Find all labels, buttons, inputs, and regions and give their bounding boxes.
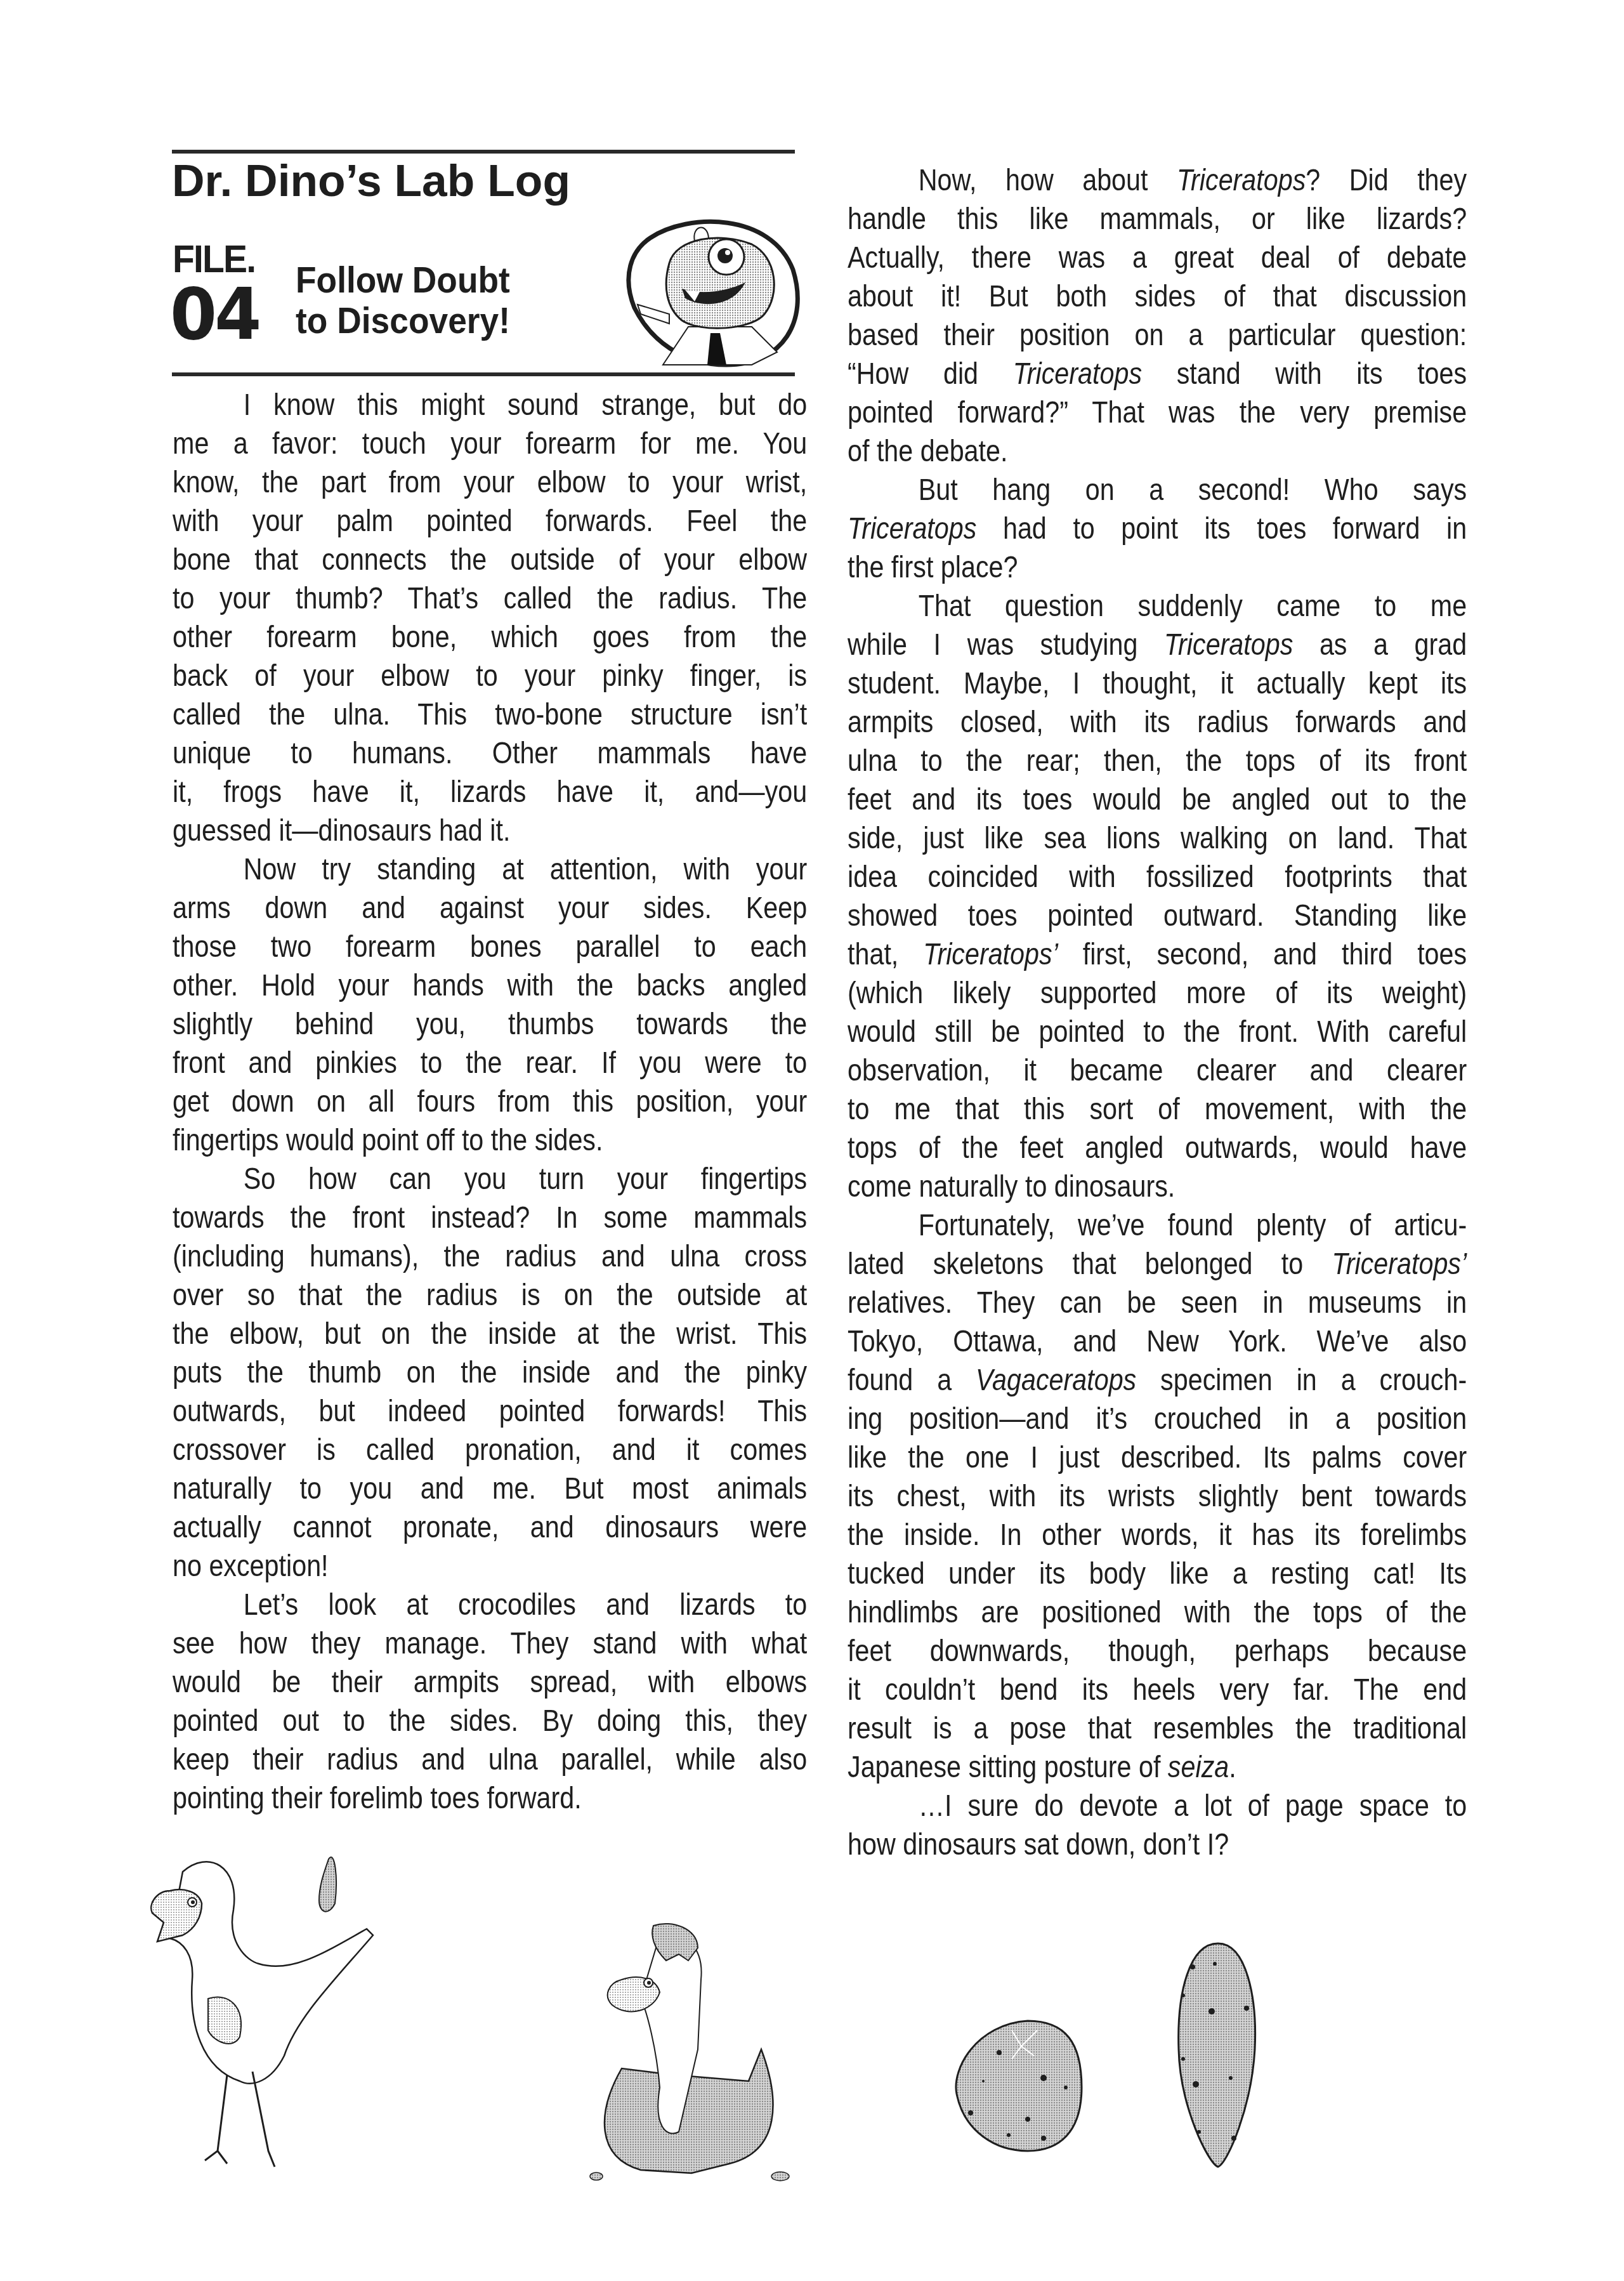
text-line: So how can you turn your fingertips [173,1160,807,1199]
text-line: the elbow, but on the inside at the wris… [173,1315,807,1353]
text-line: That question suddenly came to me [848,587,1467,626]
text-line: side, just like sea lions walking on lan… [848,819,1467,858]
text-segment: Now, how about [919,164,1177,197]
text-line: no exception! [173,1547,807,1586]
text-segment: …I sure do devote a lot of page space to [919,1789,1467,1823]
subtitle-line-1: Follow Doubt [296,260,510,301]
text-line: “How did Triceratops stand with its toes [848,355,1467,393]
italic-term: Triceratops [1013,357,1142,391]
text-line: guessed it—dinosaurs had it. [173,812,807,850]
italic-term: Triceratops’ [1332,1247,1467,1281]
text-line: to your thumb? That’s called the radius.… [173,579,807,618]
text-line: pointing their forelimb toes forward. [173,1779,807,1818]
hatching-dinosaur-egg-icon [571,1923,825,2189]
text-segment: Japanese sitting posture of [848,1751,1168,1784]
text-line: feet downwards, though, perhaps because [848,1632,1467,1671]
text-line: while I was studying Triceratops as a gr… [848,626,1467,664]
text-segment: would still be pointed to the front. Wit… [848,1015,1467,1049]
text-line: its chest, with its wrists slightly bent… [848,1477,1467,1516]
text-line: But hang on a second! Who says [848,471,1467,509]
text-segment: handle this like mammals, or like lizard… [848,202,1467,236]
header-top-rule [172,150,795,154]
text-line: Tokyo, Ottawa, and New York. We’ve also [848,1322,1467,1361]
text-segment: “How did [848,357,1013,391]
text-line: (including humans), the radius and ulna … [173,1237,807,1276]
italic-term: Triceratops [848,512,976,546]
text-line: those two forearm bones parallel to each [173,928,807,966]
text-line: other forearm bone, which goes from the [173,618,807,657]
text-segment: first, second, and third toes [1058,938,1467,971]
text-segment: had to point its toes forward in [976,512,1467,546]
text-segment: the first place? [848,551,1018,584]
text-line: the inside. In other words, it has its f… [848,1516,1467,1555]
text-line: found a Vagaceratops specimen in a crouc… [848,1361,1467,1400]
italic-term: Triceratops [1164,628,1293,662]
italic-term: Vagaceratops [976,1364,1136,1397]
text-line: slightly behind you, thumbs towards the [173,1005,807,1044]
text-line: with your palm pointed forwards. Feel th… [173,502,807,541]
text-segment: feet downwards, though, perhaps because [848,1634,1467,1668]
text-line: called the ulna. This two-bone structure… [173,695,807,734]
text-line: outwards, but indeed pointed forwards! T… [173,1392,807,1431]
text-line: ing position—and it’s crouched in a posi… [848,1400,1467,1438]
text-line: unique to humans. Other mammals have [173,734,807,773]
left-text-column: I know this might sound strange, but dom… [173,386,807,1818]
text-segment: result is a pose that resembles the trad… [848,1712,1467,1745]
text-line: tops of the feet angled outwards, would … [848,1129,1467,1167]
text-line: tucked under its body like a resting cat… [848,1555,1467,1593]
text-line: (which likely supported more of its weig… [848,974,1467,1013]
text-line: feet and its toes would be angled out to… [848,780,1467,819]
text-line: to me that this sort of movement, with t… [848,1090,1467,1129]
text-segment: feet and its toes would be angled out to… [848,783,1467,817]
text-line: towards the front instead? In some mamma… [173,1199,807,1237]
text-line: Let’s look at crocodiles and lizards to [173,1586,807,1624]
text-segment: lated skeletons that belonged to [848,1247,1332,1281]
page-title: Dr. Dino’s Lab Log [172,159,570,203]
text-line: observation, it became clearer and clear… [848,1051,1467,1090]
text-line: over so that the radius is on the outsid… [173,1276,807,1315]
text-segment: Fortunately, we’ve found plenty of artic… [919,1209,1467,1242]
text-line: that, Triceratops’ first, second, and th… [848,935,1467,974]
text-line: me a favor: touch your forearm for me. Y… [173,424,807,463]
subtitle-line-2: to Discovery! [296,301,510,341]
text-segment: found a [848,1364,976,1397]
text-line: of the debate. [848,432,1467,471]
text-segment: come naturally to dinosaurs. [848,1170,1175,1204]
text-segment: of the debate. [848,435,1007,468]
text-segment: Tokyo, Ottawa, and New York. We’ve also [848,1325,1467,1358]
text-segment: armpits closed, with its radius forwards… [848,706,1467,739]
text-line: I know this might sound strange, but do [173,386,807,424]
text-line: Fortunately, we’ve found plenty of artic… [848,1206,1467,1245]
text-segment: But hang on a second! Who says [919,473,1467,507]
text-segment: relatives. They can be seen in museums i… [848,1286,1467,1320]
text-line: puts the thumb on the inside and the pin… [173,1353,807,1392]
text-line: know, the part from your elbow to your w… [173,463,807,502]
text-segment: idea coincided with fossilized footprint… [848,860,1467,894]
text-line: pointed forward?” That was the very prem… [848,393,1467,432]
text-line: armpits closed, with its radius forwards… [848,703,1467,742]
text-segment: That question suddenly came to me [919,589,1467,623]
text-line: about it! But both sides of that discuss… [848,277,1467,316]
header-bottom-rule [172,372,795,376]
text-line: student. Maybe, I thought, it actually k… [848,664,1467,703]
text-segment: specimen in a crouch- [1136,1364,1467,1397]
chapter-subtitle: Follow Doubt to Discovery! [296,260,510,341]
text-line: based their position on a particular que… [848,316,1467,355]
text-line: back of your elbow to your pinky finger,… [173,657,807,695]
text-line: it couldn’t bend its heels very far. The… [848,1671,1467,1709]
text-segment: ? Did they [1306,164,1467,197]
text-segment: (which likely supported more of its weig… [848,976,1467,1010]
text-line: showed toes pointed outward. Standing li… [848,897,1467,935]
text-segment: like the one I just described. Its palms… [848,1441,1467,1475]
text-line: other. Hold your hands with the backs an… [173,966,807,1005]
text-line: idea coincided with fossilized footprint… [848,858,1467,897]
text-line: pointed out to the sides. By doing this,… [173,1702,807,1740]
text-segment: side, just like sea lions walking on lan… [848,822,1467,855]
text-segment: tucked under its body like a resting cat… [848,1557,1467,1591]
text-line: front and pinkies to the rear. If you we… [173,1044,807,1082]
text-line: Now, how about Triceratops? Did they [848,161,1467,200]
text-line: naturally to you and me. But most animal… [173,1469,807,1508]
elongated-egg-icon [1177,1942,1259,2170]
text-segment: it couldn’t bend its heels very far. The… [848,1673,1467,1707]
text-line: keep their radius and ulna parallel, whi… [173,1740,807,1779]
text-line: lated skeletons that belonged to Tricera… [848,1245,1467,1284]
feathered-dinosaur-icon [145,1853,525,2183]
text-segment: to me that this sort of movement, with t… [848,1093,1467,1126]
text-line: the first place? [848,548,1467,587]
text-line: hindlimbs are positioned with the tops o… [848,1593,1467,1632]
text-segment: . [1229,1751,1236,1784]
dino-scientist-portrait-icon [625,213,806,368]
text-line: get down on all fours from this position… [173,1082,807,1121]
text-segment: that, [848,938,923,971]
text-segment: the inside. In other words, it has its f… [848,1518,1467,1552]
text-line: it, frogs have it, lizards have it, and—… [173,773,807,812]
text-line: come naturally to dinosaurs. [848,1167,1467,1206]
text-line: arms down and against your sides. Keep [173,889,807,928]
round-egg-icon [952,2018,1091,2157]
right-text-column: Now, how about Triceratops? Did theyhand… [848,161,1467,1864]
text-segment: observation, it became clearer and clear… [848,1054,1467,1088]
text-segment: while I was studying [848,628,1164,662]
text-segment: showed toes pointed outward. Standing li… [848,899,1467,933]
text-segment: pointed forward?” That was the very prem… [848,396,1467,430]
text-segment: ing position—and it’s crouched in a posi… [848,1402,1467,1436]
text-line: would be their armpits spread, with elbo… [173,1663,807,1702]
italic-term: seiza [1168,1751,1229,1784]
text-segment: about it! But both sides of that discuss… [848,280,1467,313]
text-line: Triceratops had to point its toes forwar… [848,509,1467,548]
text-line: relatives. They can be seen in museums i… [848,1284,1467,1322]
text-line: result is a pose that resembles the trad… [848,1709,1467,1748]
text-line: ulna to the rear; then, the tops of its … [848,742,1467,780]
text-segment: hindlimbs are positioned with the tops o… [848,1596,1467,1629]
text-line: actually cannot pronate, and dinosaurs w… [173,1508,807,1547]
file-number: 04 [170,279,259,350]
text-segment: based their position on a particular que… [848,319,1467,352]
text-segment: its chest, with its wrists slightly bent… [848,1480,1467,1513]
text-line: Japanese sitting posture of seiza. [848,1748,1467,1787]
text-segment: tops of the feet angled outwards, would … [848,1131,1467,1165]
text-line: fingertips would point off to the sides. [173,1121,807,1160]
book-page: Dr. Dino’s Lab Log FILE. 04 Follow Doubt… [0,0,1624,2281]
text-line: Actually, there was a great deal of deba… [848,239,1467,277]
text-line: …I sure do devote a lot of page space to [848,1787,1467,1825]
italic-term: Triceratops’ [923,938,1058,971]
text-line: how dinosaurs sat down, don’t I? [848,1825,1467,1864]
text-line: handle this like mammals, or like lizard… [848,200,1467,239]
text-line: crossover is called pronation, and it co… [173,1431,807,1469]
text-segment: stand with its toes [1142,357,1467,391]
text-segment: as a grad [1293,628,1467,662]
text-line: bone that connects the outside of your e… [173,541,807,579]
text-line: would still be pointed to the front. Wit… [848,1013,1467,1051]
text-line: like the one I just described. Its palms… [848,1438,1467,1477]
text-line: Now try standing at attention, with your [173,850,807,889]
text-segment: ulna to the rear; then, the tops of its … [848,744,1467,778]
italic-term: Triceratops [1177,164,1306,197]
text-segment: Actually, there was a great deal of deba… [848,241,1467,275]
text-segment: student. Maybe, I thought, it actually k… [848,667,1467,700]
text-segment: how dinosaurs sat down, don’t I? [848,1828,1229,1862]
text-line: see how they manage. They stand with wha… [173,1624,807,1663]
